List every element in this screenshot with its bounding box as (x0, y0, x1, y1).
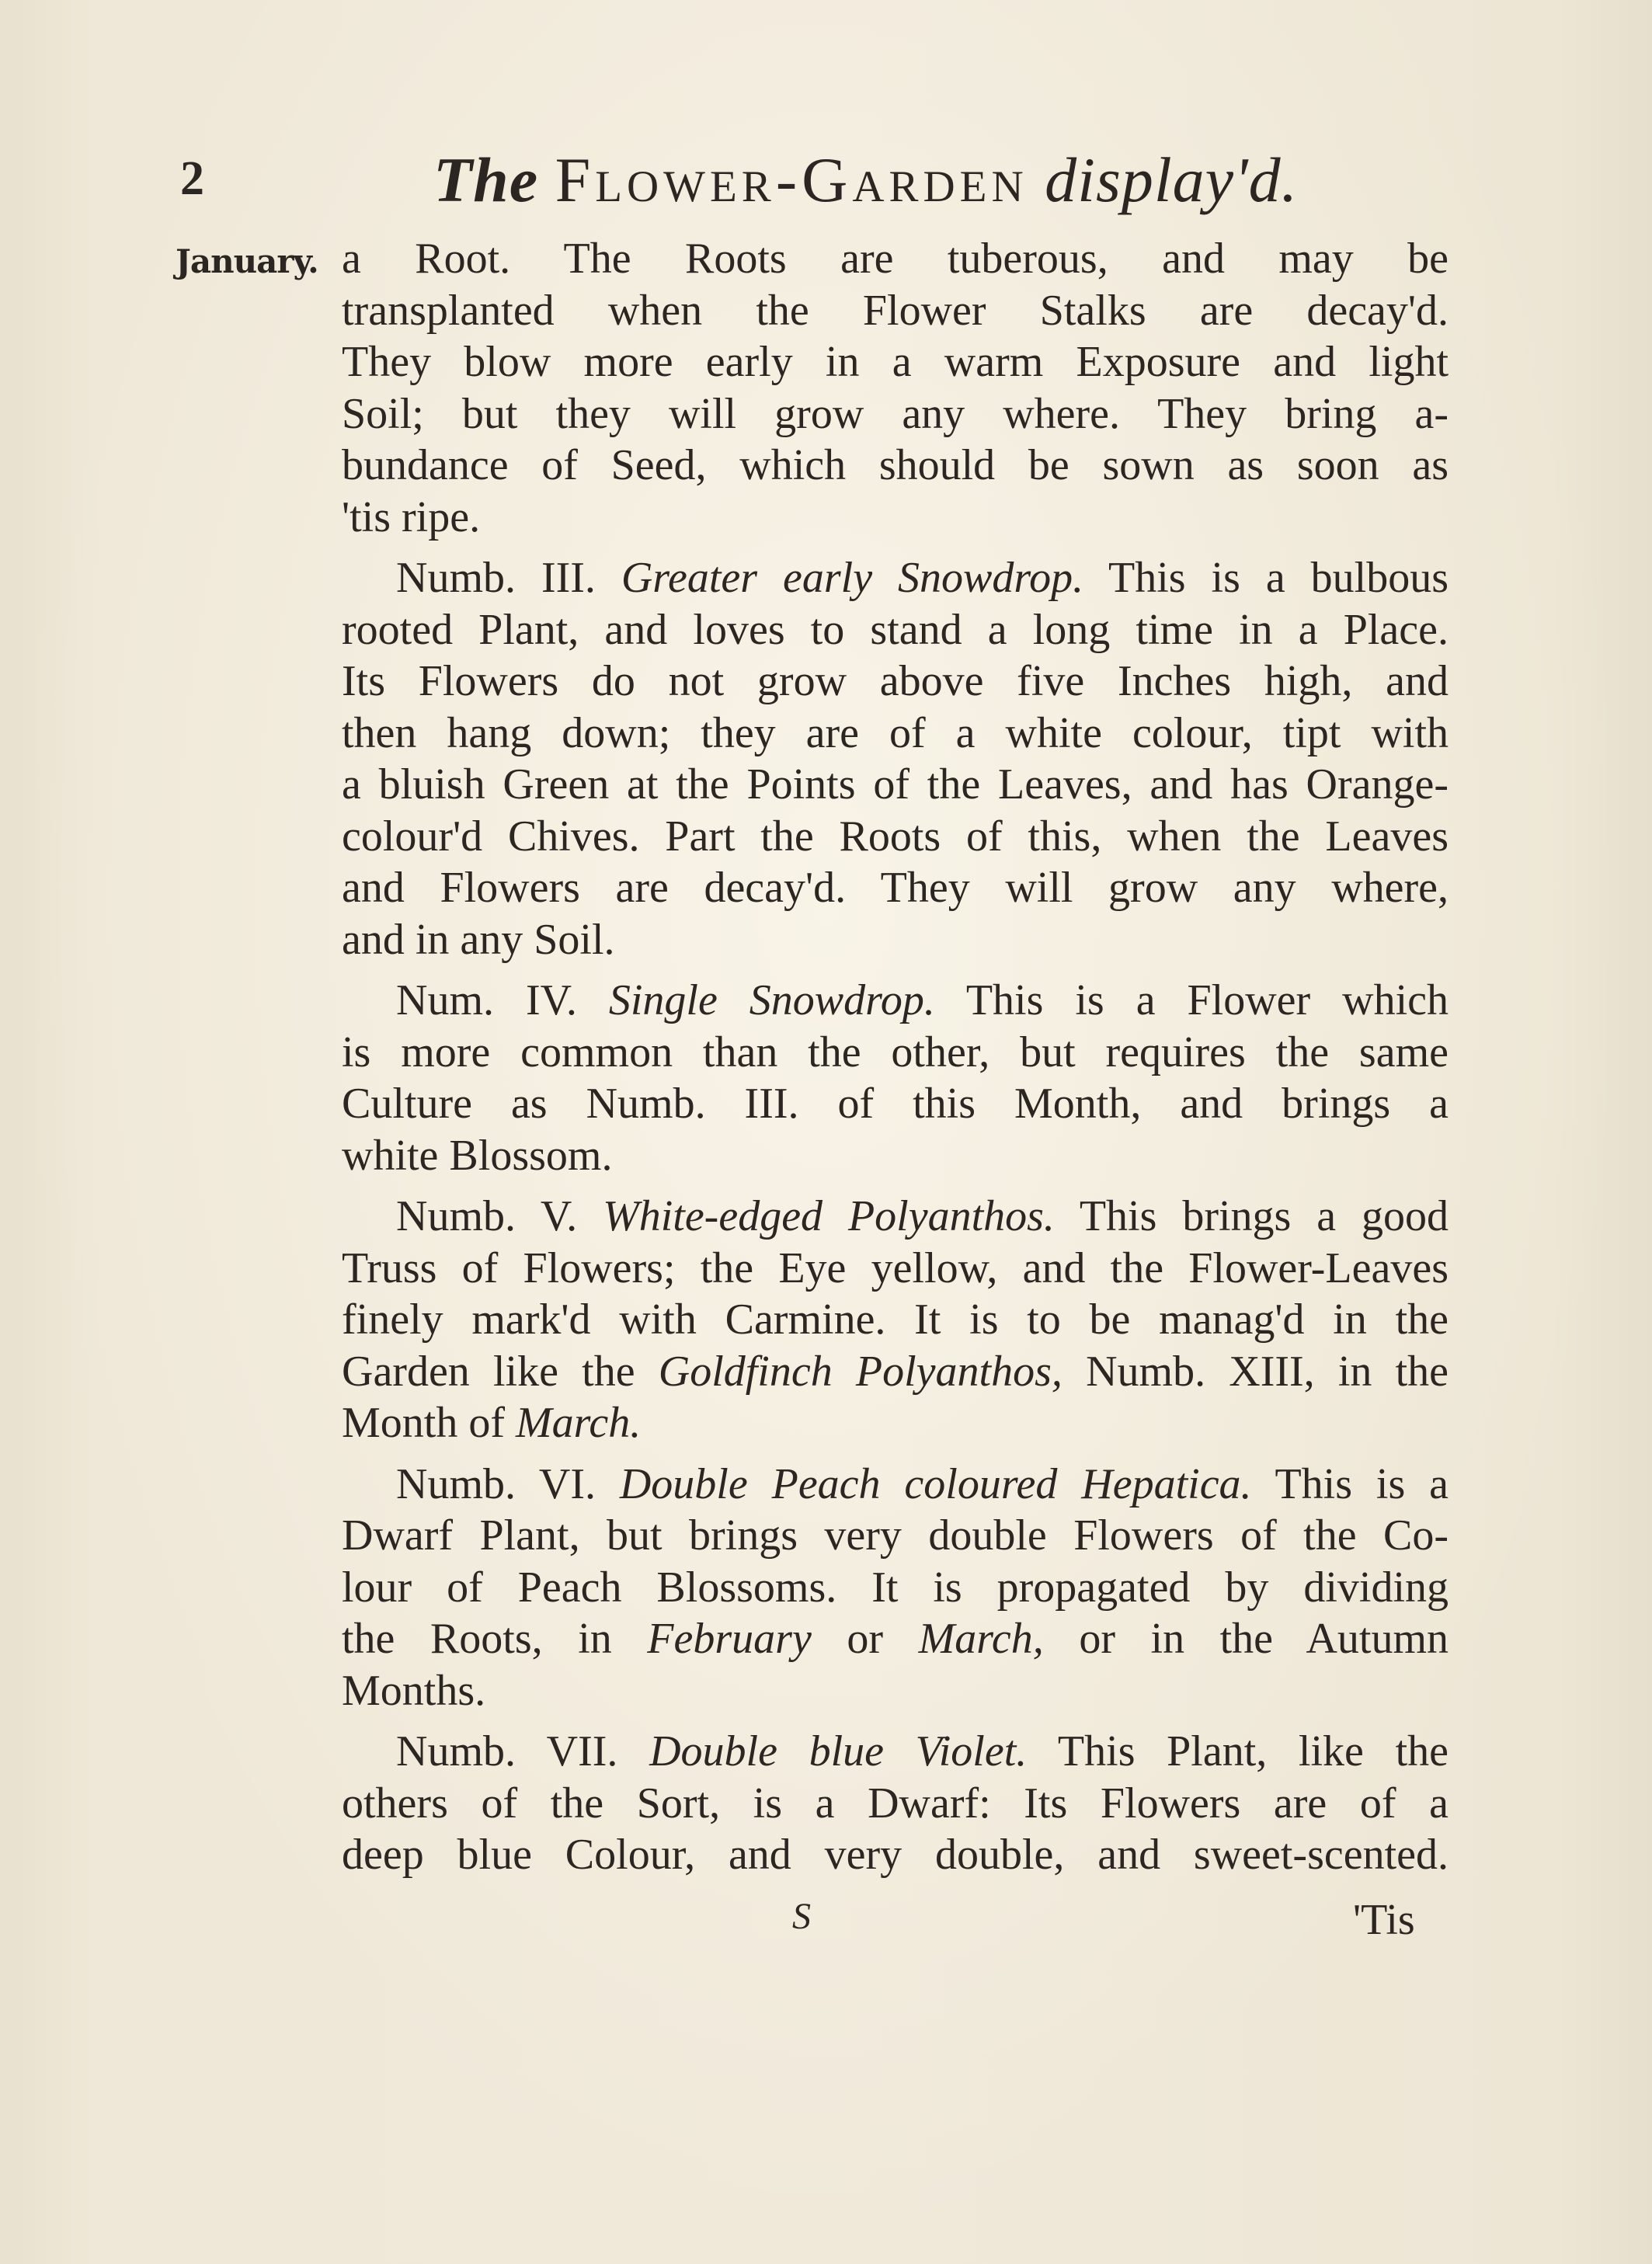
page-number: 2 (180, 151, 204, 207)
entry-numb-v: Numb. V. White-edged Polyanthos. This br… (342, 1191, 1449, 1449)
text-line: others of the Sort, is a Dwarf: Its Flow… (342, 1778, 1449, 1830)
text-line: Truss of Flowers; the Eye yellow, and th… (342, 1243, 1449, 1295)
text-segment: or in the Autumn (1079, 1615, 1449, 1663)
title-prefix: The (433, 144, 538, 215)
catchword: 'Tis (1353, 1895, 1415, 1945)
signature-mark: S (792, 1895, 811, 1938)
text-line: Months. (342, 1665, 1449, 1717)
book-page: 2 The Flower-Garden display'd. January. … (0, 0, 1652, 2264)
text-line: colour'd Chives. Part the Roots of this,… (342, 811, 1449, 863)
entry-heading-line: Numb. V. White-edged Polyanthos. This br… (342, 1191, 1449, 1243)
body-text: a Root. The Roots are tuberous, and may … (342, 233, 1449, 1881)
plant-name: Greater early Snowdrop. (621, 554, 1083, 602)
text-line: white Blossom. (342, 1130, 1449, 1182)
month-reference: March. (516, 1399, 641, 1447)
entry-heading-line: Numb. VI. Double Peach coloured Hepatica… (342, 1459, 1449, 1511)
month-reference: March, (919, 1615, 1044, 1663)
text-line: finely mark'd with Carmine. It is to be … (342, 1294, 1449, 1346)
title-main: Flower-Garden (555, 144, 1028, 215)
text-line: rooted Plant, and loves to stand a long … (342, 604, 1449, 656)
running-head: 2 The Flower-Garden display'd. (177, 144, 1451, 229)
text-line: Month of March. (342, 1397, 1449, 1449)
entry-text: This is a (1275, 1460, 1449, 1508)
entry-numb-iii: Numb. III. Greater early Snowdrop. This … (342, 552, 1449, 965)
plant-name: Double blue Violet. (649, 1727, 1027, 1775)
entry-number: Numb. V. (396, 1192, 577, 1240)
text-line: Soil; but they will grow any where. They… (342, 388, 1449, 440)
text-line: a bluish Green at the Points of the Leav… (342, 759, 1449, 811)
text-line: lour of Peach Blossoms. It is propagated… (342, 1562, 1449, 1614)
entry-heading-line: Num. IV. Single Snowdrop. This is a Flow… (342, 975, 1449, 1027)
entry-text: This is a Flower which (966, 976, 1449, 1024)
entry-number: Num. IV. (396, 976, 577, 1024)
margin-note-month: January. (176, 242, 318, 280)
text-line: and Flowers are decay'd. They will grow … (342, 862, 1449, 914)
text-line: is more common than the other, but requi… (342, 1027, 1449, 1079)
text-segment: Numb. XIII, in the (1086, 1348, 1449, 1396)
text-line: then hang down; they are of a white colo… (342, 708, 1449, 760)
text-line: Its Flowers do not grow above five Inche… (342, 656, 1449, 708)
text-line: 'tis ripe. (342, 492, 1449, 544)
entry-heading-line: Numb. VII. Double blue Violet. This Plan… (342, 1726, 1449, 1778)
entry-number: Numb. VI. (396, 1460, 596, 1508)
text-segment: Garden like the (342, 1348, 635, 1396)
text-line: transplanted when the Flower Stalks are … (342, 285, 1449, 337)
entry-text: This brings a good (1080, 1192, 1449, 1240)
text-line: Culture as Numb. III. of this Month, and… (342, 1078, 1449, 1130)
month-reference: February (647, 1615, 812, 1663)
text-line: bundance of Seed, which should be sown a… (342, 440, 1449, 492)
title-suffix: display'd. (1045, 144, 1298, 215)
text-segment: Month of (342, 1399, 505, 1447)
entry-numb-vi: Numb. VI. Double Peach coloured Hepatica… (342, 1459, 1449, 1717)
text-segment: the Roots, in (342, 1615, 612, 1663)
text-line: deep blue Colour, and very double, and s… (342, 1829, 1449, 1881)
page-title: The Flower-Garden display'd. (433, 144, 1298, 217)
entry-number: Numb. VII. (396, 1727, 617, 1775)
entry-heading-line: Numb. III. Greater early Snowdrop. This … (342, 552, 1449, 604)
text-line: and in any Soil. (342, 914, 1449, 966)
text-line: the Roots, in February or March, or in t… (342, 1613, 1449, 1665)
text-line: Dwarf Plant, but brings very double Flow… (342, 1510, 1449, 1562)
entry-numb-vii: Numb. VII. Double blue Violet. This Plan… (342, 1726, 1449, 1881)
entry-number: Numb. III. (396, 554, 596, 602)
text-line: They blow more early in a warm Exposure … (342, 336, 1449, 388)
plant-name: White-edged Polyanthos. (603, 1192, 1055, 1240)
text-line: a Root. The Roots are tuberous, and may … (342, 233, 1449, 285)
paragraph-continuation: a Root. The Roots are tuberous, and may … (342, 233, 1449, 543)
plant-name: Double Peach coloured Hepatica. (620, 1460, 1252, 1508)
text-segment: or (847, 1615, 883, 1663)
text-line: Garden like the Goldfinch Polyanthos, Nu… (342, 1346, 1449, 1398)
plant-reference: Goldfinch Polyanthos, (659, 1348, 1062, 1396)
plant-name: Single Snowdrop. (609, 976, 935, 1024)
entry-num-iv: Num. IV. Single Snowdrop. This is a Flow… (342, 975, 1449, 1181)
entry-text: This is a bulbous (1108, 554, 1449, 602)
entry-text: This Plant, like the (1058, 1727, 1449, 1775)
